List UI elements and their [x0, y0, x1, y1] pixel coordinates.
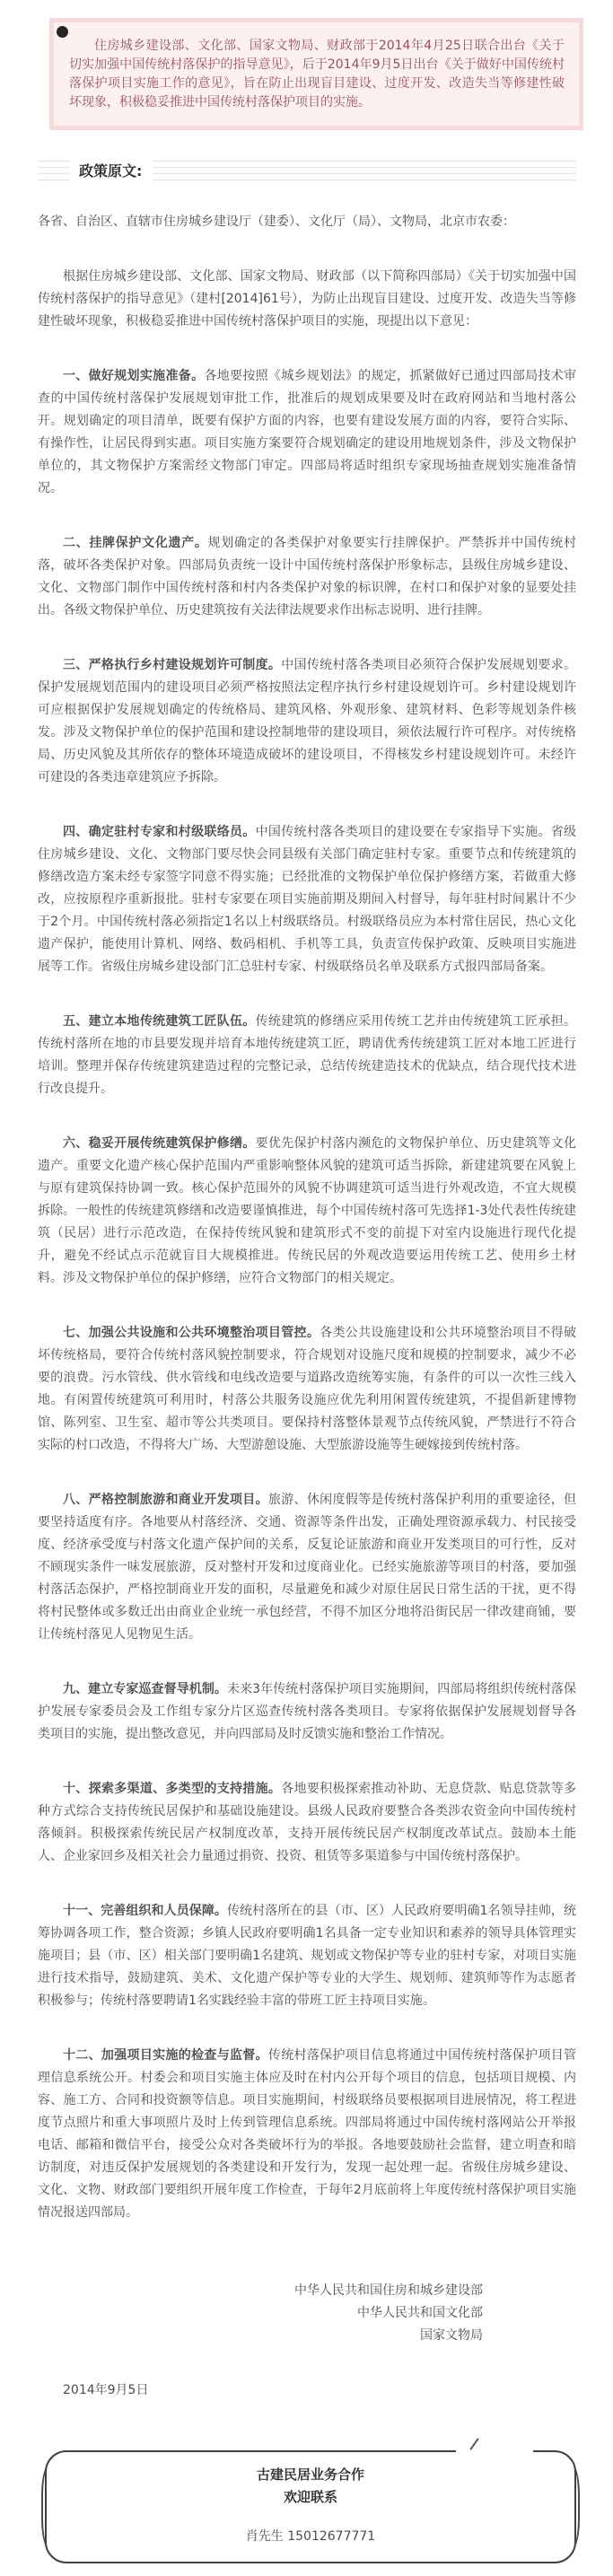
policy-section-2: 二、挂牌保护文化遗产。规划确定的各类保护对象要实行挂牌保护。严禁拆并中国传统村落… [38, 532, 576, 622]
section-title: 八、严格控制旅游和商业开发项目。 [63, 1493, 268, 1507]
policy-section-8: 八、严格控制旅游和商业开发项目。旅游、休闲度假等是传统村落保护利用的重要途径，但… [38, 1489, 576, 1646]
contact-card: 古建民居业务合作 欢迎联系 肖先生 15012677771 [45, 2450, 576, 2563]
section-body: 中国传统村落各类项目必须符合保护发展规划要求。保护发展规划范围内的建设项目必须严… [38, 658, 576, 784]
policy-section-11: 十一、完善组织和人员保障。传统村落所在的县（市、区）人民政府要明确1名领导挂帅，… [38, 1900, 576, 2012]
policy-section-10: 十、探索多渠道、多类型的支持措施。各地要积极探索推动补助、无息贷款、贴息贷款等多… [38, 1778, 576, 1868]
section-title: 十二、加强项目实施的检查与监督。 [63, 2048, 268, 2063]
section-title: 九、建立专家巡查督导机制。 [63, 1682, 227, 1696]
contact-phone: 肖先生 15012677771 [57, 2527, 564, 2546]
policy-section-5: 五、建立本地传统建筑工匠队伍。传统建筑的修缮应采用传统工艺并由传统建筑工匠承担。… [38, 1011, 576, 1100]
border-gap [456, 2449, 533, 2453]
policy-section-9: 九、建立专家巡查督导机制。未来3年传统村落保护项目实施期间，四部局将组织传统村落… [38, 1678, 576, 1746]
section-title: 十、探索多渠道、多类型的支持措施。 [63, 1782, 281, 1796]
summary-callout: 住房城乡建设部、文化部、国家文物局、财政部于2014年4月25日联合出台《关于切… [49, 18, 583, 130]
policy-document: 各省、自治区、直辖市住房城乡建设厅（建委）、文化厅（局）、文物局，北京市农委： … [38, 211, 576, 2402]
section-title: 六、稳妥开展传统建筑保护修缮。 [63, 1136, 256, 1151]
policy-section-7: 七、加强公共设施和公共环境整治项目管控。各类公共设施建设和公共环境整治项目不得破… [38, 1322, 576, 1457]
section-body: 要优先保护村落内濒危的文物保护单位、历史建筑等文化遗产。重要文化遗产核心保护范围… [38, 1136, 576, 1285]
signature-line: 中华人民共和国住房和城乡建设部 [38, 2280, 576, 2302]
section-title: 四、确定驻村专家和村级联络员。 [63, 825, 256, 839]
divider-lines-left-icon [38, 161, 70, 180]
policy-section-1: 一、做好规划实施准备。各地要按照《城乡规划法》的规定，抓紧做好已通过四部局技术审… [38, 365, 576, 500]
signature-line: 国家文物局 [38, 2325, 576, 2347]
section-title: 三、严格执行乡村建设规划许可制度。 [63, 658, 281, 672]
section-title: 五、建立本地传统建筑工匠队伍。 [63, 1014, 256, 1029]
section-body: 各地要按照《城乡规划法》的规定，抓紧做好已通过四部局技术审查的中国传统村落保护发… [38, 369, 576, 495]
policy-section-6: 六、稳妥开展传统建筑保护修缮。要优先保护村落内濒危的文物保护单位、历史建筑等文化… [38, 1133, 576, 1290]
bullet-icon [57, 26, 68, 38]
contact-card-subtitle: 欢迎联系 [57, 2486, 564, 2509]
section-body: 各类公共设施建设和公共环境整治项目不得破坏传统格局，要符合传统村落风貌控制要求，… [38, 1326, 576, 1452]
intro-paragraph: 根据住房城乡建设部、文化部、国家文物局、财政部（以下简称四部局）《关于切实加强中… [38, 266, 576, 333]
slash-icon [469, 2438, 478, 2449]
policy-section-12: 十二、加强项目实施的检查与监督。传统村落保护项目信息将通过中国传统村落保护项目管… [38, 2045, 576, 2224]
signature-block: 中华人民共和国住房和城乡建设部 中华人民共和国文化部 国家文物局 [38, 2280, 576, 2347]
section-heading: 政策原文: [79, 160, 142, 180]
section-body: 传统村落所在的县（市、区）人民政府要明确1名领导挂帅，统筹协调各项工作，整合资源… [38, 1904, 576, 2008]
salutation: 各省、自治区、直辖市住房城乡建设厅（建委）、文化厅（局）、文物局，北京市农委： [38, 211, 576, 233]
section-title: 十一、完善组织和人员保障。 [63, 1904, 227, 1918]
policy-section-4: 四、确定驻村专家和村级联络员。中国传统村落各类项目的建设要在专家指导下实施。省级… [38, 821, 576, 978]
contact-card-title: 古建民居业务合作 [57, 2464, 564, 2486]
document-date: 2014年9月5日 [38, 2379, 576, 2402]
section-title: 七、加强公共设施和公共环境整治项目管控。 [63, 1326, 320, 1340]
section-body: 传统村落保护项目信息将通过中国传统村落保护项目管理信息系统公开。村委会和项目实施… [38, 2048, 576, 2220]
policy-section-3: 三、严格执行乡村建设规划许可制度。中国传统村落各类项目必须符合保护发展规划要求。… [38, 654, 576, 789]
section-body: 旅游、休闲度假等是传统村落保护利用的重要途径，但要坚持适度有序。各地要从村落经济… [38, 1493, 576, 1642]
signature-line: 中华人民共和国文化部 [38, 2302, 576, 2325]
policy-divider: 政策原文: [38, 160, 576, 180]
section-title: 一、做好规划实施准备。 [63, 369, 204, 383]
article-page: 住房城乡建设部、文化部、国家文物局、财政部于2014年4月25日联合出台《关于切… [0, 0, 613, 2576]
section-body: 中国传统村落各类项目的建设要在专家指导下实施。省级住房城乡建设、文化、文物部门要… [38, 825, 576, 974]
summary-text: 住房城乡建设部、文化部、国家文物局、财政部于2014年4月25日联合出台《关于切… [69, 37, 565, 112]
section-title: 二、挂牌保护文化遗产。 [63, 536, 208, 550]
divider-lines-right-icon [153, 161, 576, 180]
